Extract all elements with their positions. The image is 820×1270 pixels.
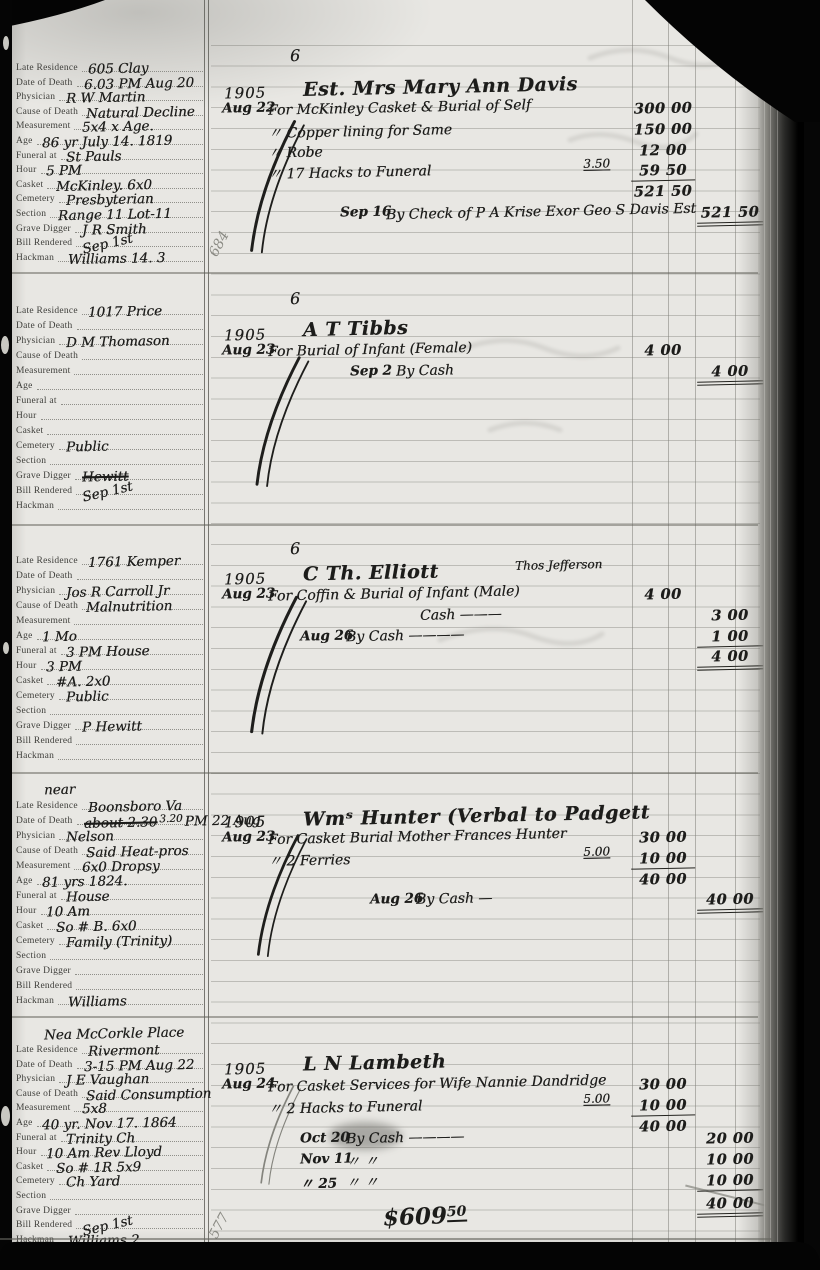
dotted-leader (75, 1213, 203, 1215)
field-label: Cemetery (16, 1175, 55, 1187)
field-label: Section (16, 1190, 46, 1202)
field-label: Funeral at (16, 395, 57, 407)
amount-col2-value: 1 00 (697, 627, 763, 647)
amount-col1-value: 4 00 (631, 341, 695, 359)
field-label: Measurement (16, 365, 70, 377)
field-row: Age40 yr. Nov 17. 1864 (16, 1115, 205, 1129)
amount-col2-value: 10 00 (697, 1171, 763, 1191)
field-row: Bill Rendered (16, 733, 205, 747)
billing-line-description: 〃 〃 (346, 1151, 379, 1172)
field-row: Hour10 Am (16, 903, 205, 917)
page-total-cents: 50 (447, 1204, 467, 1223)
dotted-leader (50, 958, 203, 960)
field-row: Hour10 Am Rev Lloyd (16, 1144, 205, 1158)
field-row: Date of Death6.03 PM Aug 20 (16, 75, 205, 89)
field-row: Bill RenderedSep 1st (16, 483, 205, 497)
field-value: Williams (68, 994, 127, 1009)
field-label: Age (16, 380, 33, 392)
field-label: Bill Rendered (16, 980, 72, 992)
field-label: Casket (16, 1161, 43, 1173)
billing-line-description: 〃 2 Ferries (268, 849, 351, 871)
field-row: Age1 Mo (16, 628, 205, 642)
field-label: Age (16, 875, 33, 887)
field-label: Section (16, 455, 46, 467)
field-row: Grave DiggerHewitt (16, 468, 205, 482)
field-row: Section (16, 948, 205, 962)
field-row: Funeral at (16, 393, 205, 407)
field-row: Grave DiggerP Hewitt (16, 718, 205, 732)
amount-col1-value: 4 00 (631, 585, 695, 603)
field-row: Measurement5x4 x Age. (16, 118, 205, 132)
field-row: PhysicianD M Thomason (16, 333, 205, 347)
field-row: Date of Deathabout 2.303.20PM 22 Aug (16, 813, 205, 827)
field-label: Cause of Death (16, 1088, 78, 1100)
tally-slash-mark (240, 582, 310, 747)
field-row: Section (16, 1188, 205, 1202)
field-row: CemeteryCh Yard (16, 1173, 205, 1187)
field-row: Section (16, 703, 205, 717)
field-row: PhysicianJos R Carroll Jr (16, 583, 205, 597)
field-row: Late Residence1017 Price (16, 303, 205, 317)
billing-line-description: By Cash — (416, 891, 493, 909)
field-row: Grave Digger (16, 963, 205, 977)
dotted-leader (74, 623, 203, 625)
field-row: Cause of DeathNatural Decline (16, 104, 205, 118)
page-total: $60950 (383, 1202, 467, 1232)
dotted-leader (37, 388, 203, 390)
dotted-leader (50, 463, 203, 465)
field-label: Hackman (16, 252, 54, 264)
entry-note-above: Nea McCorkle Place (44, 1026, 184, 1043)
amount-col2-value: 10 00 (697, 1150, 763, 1168)
dotted-leader (82, 358, 203, 360)
field-row: Late ResidenceRivermont (16, 1042, 205, 1056)
field-label: Date of Death (16, 570, 73, 582)
field-label: Cemetery (16, 690, 55, 702)
dotted-leader (41, 418, 203, 420)
field-label: Cause of Death (16, 350, 78, 362)
dotted-leader (61, 403, 203, 405)
field-row: CemeteryPublic (16, 438, 205, 452)
field-row: Section (16, 453, 205, 467)
field-label: Bill Rendered (16, 1219, 72, 1231)
field-row: Date of Death (16, 318, 205, 332)
field-row: HackmanWilliams 14. 3 (16, 250, 205, 264)
field-label: Measurement (16, 860, 70, 872)
billing-line-date: 〃 25 (300, 1171, 337, 1192)
field-row: Measurement5x8 (16, 1100, 205, 1114)
dotted-leader (77, 328, 203, 330)
amount-col2-value: 40 00 (697, 1194, 763, 1217)
field-row: Age81 yrs 1824. (16, 873, 205, 887)
field-row: Grave DiggerJ R Smith (16, 221, 205, 235)
billing-line-description: Cash ——— (420, 606, 502, 624)
account-name: A T Tibbs (303, 317, 409, 341)
field-row: PhysicianR W Martin (16, 89, 205, 103)
account-name: C Th. Elliott (303, 561, 439, 586)
field-label: Measurement (16, 120, 70, 132)
field-value: Williams 14. 3 (68, 251, 166, 267)
field-label: Age (16, 1117, 33, 1129)
billing-line-date: Oct 20 (300, 1130, 350, 1147)
field-row: CasketSo # 1R 5x9 (16, 1159, 205, 1173)
field-label: Cause of Death (16, 106, 78, 118)
amount-col2-value: 521 50 (697, 203, 763, 226)
page-total-dollars: $609 (383, 1202, 448, 1231)
field-label: Late Residence (16, 62, 78, 74)
field-row: Date of Death (16, 568, 205, 582)
field-label: Grave Digger (16, 470, 71, 482)
billing-line-date: Sep 2 (350, 362, 392, 379)
amount-col1-value: 40 00 (631, 1117, 695, 1135)
field-row: Measurement6x0 Dropsy (16, 858, 205, 872)
field-label: Funeral at (16, 150, 57, 162)
field-label: Funeral at (16, 1132, 57, 1144)
field-label: Hour (16, 905, 37, 917)
field-label: Age (16, 135, 33, 147)
field-label: Physician (16, 830, 55, 842)
field-label: Funeral at (16, 890, 57, 902)
field-label: Cause of Death (16, 845, 78, 857)
field-row: Hour5 PM (16, 162, 205, 176)
field-row: Funeral atTrinity Ch (16, 1130, 205, 1144)
check-annotation: 6 (290, 289, 301, 308)
billing-line-unit-price: 5.00 (550, 1091, 610, 1106)
field-row: Age86 yr July 14. 1819 (16, 133, 205, 147)
field-label: Age (16, 630, 33, 642)
amount-col2-value: 3 00 (697, 606, 763, 624)
field-label: Date of Death (16, 320, 73, 332)
dotted-leader (76, 988, 203, 990)
field-row: Funeral at3 PM House (16, 643, 205, 657)
amount-col1-value: 12 00 (631, 141, 695, 159)
field-label: Bill Rendered (16, 485, 72, 497)
field-row: PhysicianNelson (16, 828, 205, 842)
billing-line-description: By Cash (396, 362, 454, 379)
field-row: PhysicianJ E Vaughan (16, 1071, 205, 1085)
field-label: Casket (16, 179, 43, 191)
field-label: Late Residence (16, 555, 78, 567)
photo-corner-dark (0, 0, 105, 30)
billing-line-description: 〃 17 Hacks to Funeral (268, 161, 432, 184)
billing-line-description: 〃 Robe (268, 141, 323, 162)
field-row: Bill Rendered (16, 978, 205, 992)
field-row: CemeteryPresbyterian (16, 191, 205, 205)
ledger-paper: 329 (0, 0, 772, 1270)
field-label: Section (16, 208, 46, 220)
field-label: Funeral at (16, 645, 57, 657)
field-label: Hour (16, 164, 37, 176)
field-row: Late Residence1761 Kemper (16, 553, 205, 567)
billing-line-unit-price: 5.00 (550, 844, 610, 859)
field-label: Hour (16, 1146, 37, 1158)
field-label: Physician (16, 335, 55, 347)
field-row: Grave Digger (16, 1203, 205, 1217)
photo-corner-dark (645, 0, 820, 122)
field-label: Bill Rendered (16, 735, 72, 747)
ledger-photo: 329 (0, 0, 820, 1270)
field-row: CasketMcKinley. 6x0 (16, 177, 205, 191)
amount-col1-value: 30 00 (631, 1075, 695, 1093)
field-row: Measurement (16, 363, 205, 377)
field-label: Measurement (16, 615, 70, 627)
field-label: Physician (16, 585, 55, 597)
label-column-rule (208, 0, 209, 1242)
field-row: CemeteryPublic (16, 688, 205, 702)
account-name-note: Thos Jefferson (515, 557, 603, 573)
amount-col2-value: 20 00 (697, 1129, 763, 1147)
field-row: Late ResidenceBoonsboro Va (16, 798, 205, 812)
bleed-through-marks (400, 20, 760, 920)
amount-col2-value: 40 00 (697, 891, 763, 914)
billing-line-unit-price: 3.50 (550, 157, 610, 172)
field-label: Late Residence (16, 305, 78, 317)
field-label: Measurement (16, 1102, 70, 1114)
field-label: Section (16, 705, 46, 717)
field-label: Hackman (16, 995, 54, 1007)
page-stack-edge (758, 0, 804, 1270)
field-row: Cause of DeathMalnutrition (16, 598, 205, 612)
field-row: Cause of DeathSaid Heat-pros (16, 843, 205, 857)
field-row: SectionRange 11 Lot-11 (16, 206, 205, 220)
field-row: Bill RenderedSep 1st (16, 1217, 205, 1231)
billing-line-description: 〃 2 Hacks to Funeral (268, 1095, 423, 1118)
field-label: Date of Death (16, 1059, 73, 1071)
field-value-superscript: 3.20 (159, 813, 183, 825)
field-row: Hour (16, 408, 205, 422)
field-row: Cause of DeathSaid Consumption (16, 1086, 205, 1100)
dotted-leader (58, 758, 203, 760)
field-label: Hackman (16, 500, 54, 512)
amount-col2-value: 4 00 (697, 648, 763, 671)
amount-col2-value: 4 00 (697, 362, 763, 385)
dotted-leader (58, 508, 203, 510)
dotted-leader (77, 578, 203, 580)
dotted-leader (50, 1198, 203, 1200)
field-label: Casket (16, 920, 43, 932)
field-row: Hackman (16, 498, 205, 512)
field-label: Casket (16, 425, 43, 437)
field-row: Casket#A. 2x0 (16, 673, 205, 687)
check-annotation: 6 (290, 46, 301, 65)
field-label: Grave Digger (16, 1205, 71, 1217)
page-bottom-edge (0, 1238, 772, 1240)
field-label: Date of Death (16, 815, 73, 827)
dotted-leader (50, 713, 203, 715)
field-label: Physician (16, 91, 55, 103)
tally-slash-mark (246, 346, 312, 496)
field-label: Casket (16, 675, 43, 687)
field-label: Hackman (16, 750, 54, 762)
amount-col1-value: 40 00 (631, 870, 695, 888)
amount-col1-value: 521 50 (631, 183, 695, 201)
billing-line-description: By Cash ———— (346, 626, 465, 644)
billing-line-description: 〃 〃 (346, 1171, 379, 1192)
field-row: HackmanWilliams (16, 993, 205, 1007)
check-annotation: 6 (290, 539, 301, 558)
field-row: Late Residence605 Clay (16, 60, 205, 74)
field-label: Date of Death (16, 77, 73, 89)
photo-bottom-dark (0, 1242, 820, 1270)
field-row: Date of Death3-15 PM Aug 22 (16, 1057, 205, 1071)
binding-edge (0, 0, 12, 1270)
dotted-leader (75, 973, 203, 975)
field-label: Bill Rendered (16, 237, 72, 249)
billing-line-date: Sep 16 (340, 203, 392, 220)
field-label: Grave Digger (16, 223, 71, 235)
field-row: Hackman (16, 748, 205, 762)
field-label: Physician (16, 1073, 55, 1085)
amount-col1-value: 10 00 (631, 849, 695, 869)
amount-col1-value: 150 00 (631, 120, 695, 138)
field-label: Late Residence (16, 800, 78, 812)
dotted-leader (47, 433, 203, 435)
field-row: Bill RenderedSep 1st (16, 235, 205, 249)
field-row: Measurement (16, 613, 205, 627)
field-row: CemeteryFamily (Trinity) (16, 933, 205, 947)
field-label: Hour (16, 660, 37, 672)
field-row: Casket (16, 423, 205, 437)
field-label: Section (16, 950, 46, 962)
dotted-leader (76, 743, 203, 745)
billing-line-description: By Cash ———— (346, 1129, 465, 1147)
amount-col1-value: 59 50 (631, 162, 695, 182)
field-row: Age (16, 378, 205, 392)
field-row: Hour3 PM (16, 658, 205, 672)
field-row: Cause of Death (16, 348, 205, 362)
field-label: Grave Digger (16, 720, 71, 732)
entry-separator (8, 1016, 758, 1018)
billing-line-description: 〃 Copper lining for Same (268, 119, 452, 143)
account-name: L N Lambeth (303, 1051, 447, 1076)
field-label: Cause of Death (16, 600, 78, 612)
field-label: Cemetery (16, 440, 55, 452)
dotted-leader (74, 373, 203, 375)
field-row: Funeral atHouse (16, 888, 205, 902)
field-label: Late Residence (16, 1044, 78, 1056)
amount-col1-value: 30 00 (631, 828, 695, 846)
field-label: Hour (16, 410, 37, 422)
field-row: Funeral atSt Pauls (16, 148, 205, 162)
amount-col1-value: 10 00 (631, 1096, 695, 1116)
field-label: Grave Digger (16, 965, 71, 977)
entry-note-above: near (44, 783, 75, 798)
field-row: CasketSo # B. 6x0 (16, 918, 205, 932)
field-label: Cemetery (16, 935, 55, 947)
field-label: Cemetery (16, 193, 55, 205)
